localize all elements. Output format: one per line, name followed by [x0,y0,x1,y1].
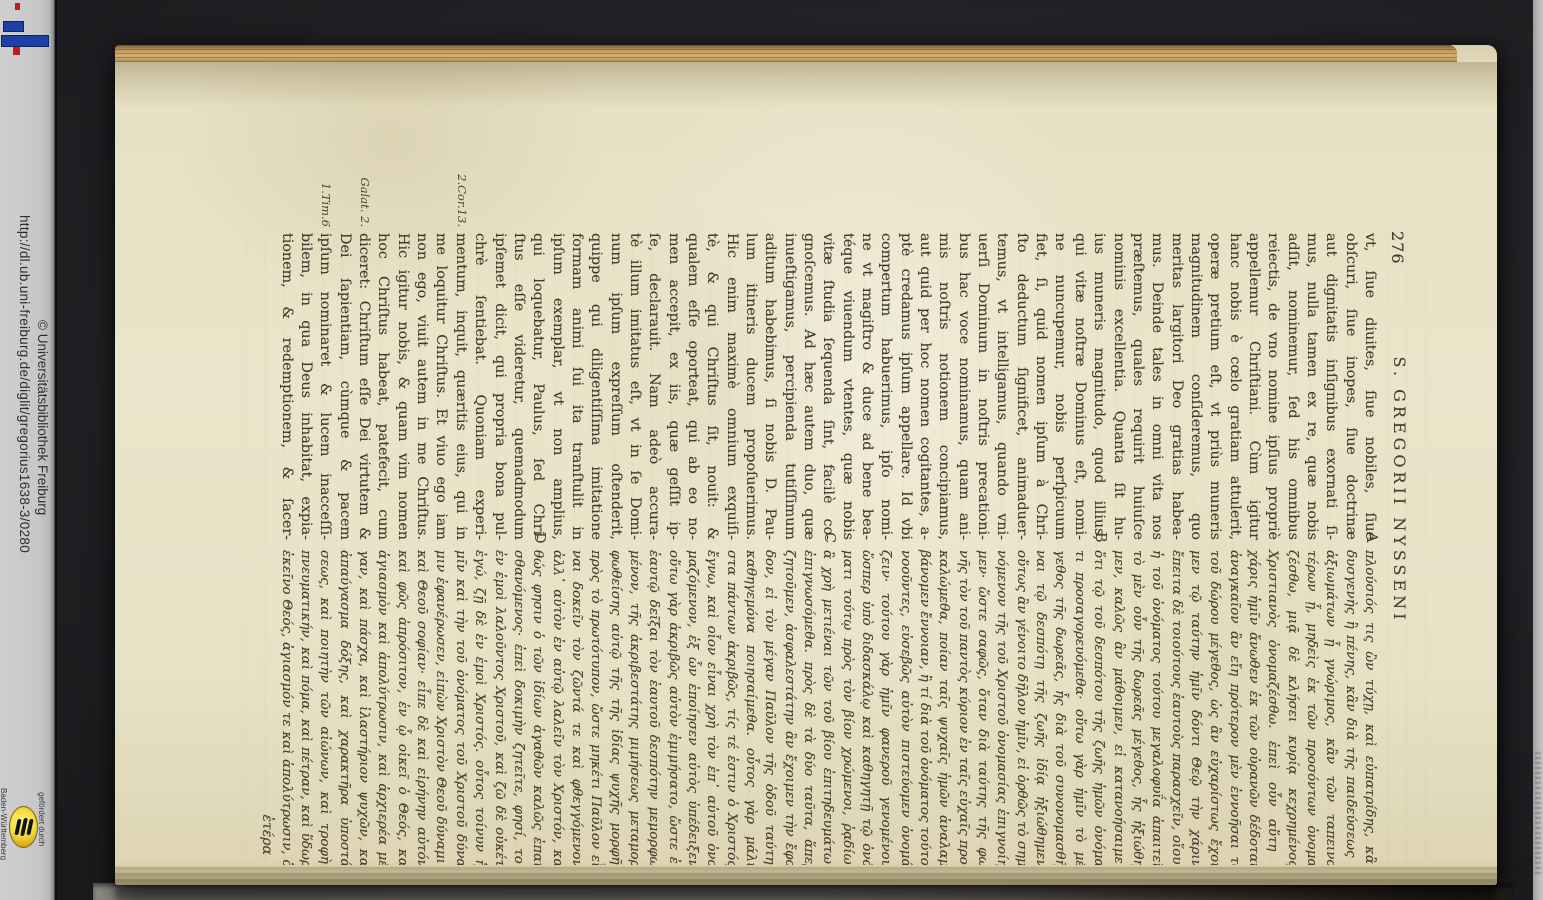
latin-text-line: mis noſtris notionem concipiamus, [934,233,953,540]
latin-text-line: qui loquebatur, Paulus, ſed Chri- [528,233,547,540]
greek-text-line: μῖν καὶ τὴν τοῦ ὀνόματος τοῦ Χριστοῦ δύν… [451,550,470,872]
scale-bar-red-tick-bottom [13,47,20,55]
greek-text-line: ζητοῦμεν, ἀσφαλεστάτην ἂν ἔχοιμεν τὴν ἔφ… [779,550,798,872]
latin-text-line: ne vt magiſtro & duce ad bene bea- [857,233,876,540]
latin-text-line: ſtus eſſe videretur, quemadmodum [509,233,528,540]
latin-column: vt, ſiue diuites, ſiue nobiles, ſiueobſc… [276,233,1379,540]
greek-text-line: πρὸς τὸ πρωτότυπον, ὥστε μηκέτι Παῦλον ε… [586,550,605,872]
latin-text-line: chrè ſentiebat. Quoniam experi- [470,233,489,540]
latin-text-line: ne nuncupemur, nobis perſpicuum [1050,233,1069,540]
greek-text-line: δυσγενὴς ἢ πένης, κἂν διὰ τῆς παιδεύσεως… [1340,550,1359,872]
latin-text-line: præſtemus, quales requirit huiuſce [1128,233,1147,540]
greek-text-line: μεν, καλῶς ἂν μάθοιμεν, εἰ κατανοήσαιμεν [1108,550,1127,872]
scanner-surface [93,883,1513,900]
latin-text-line: lum itineris ducem propoſuerimus. [741,233,760,540]
latin-text-line: tè illum imitatus eſt, vt in ſe Domi- [625,233,644,540]
latin-text-line: non ego, viuit autem in me Chriſtus. [412,233,431,540]
greek-text-line: χάρις ἡμῖν ἄνωθεν ἐκ τῶν οὐρανῶν δέδοται… [1244,550,1263,872]
latin-text-line: mus, nulla tamen ex re, quæ nobis [1302,233,1321,540]
latin-text-line: ipſemet dicit, qui propria bona pul- [489,233,508,540]
greek-text-line: ἁγιασμὸν καὶ ἀπολύτρωσιν, καὶ ἀρχιερέα μ… [373,550,392,872]
margin-note: 2.Cor.13. [455,153,469,227]
greek-text-line: γεθος τῆς δωρεᾶς, ἧς διὰ τοῦ συνονομασθῆ… [1050,550,1069,872]
greek-text-line: ἐπιγνωσόμεθα. πρὸς δὲ τὰ δύο ταῦτα, ἅπερ [799,550,818,872]
greek-text-line: ἀλλ᾽ αὐτὸν ἐν αὐτῷ λαλεῖν τὸν Χριστόν, κ… [547,550,566,872]
viewer-frame-strip: http://dl.ub.uni-freiburg.de/diglit/greg… [0,0,57,900]
latin-text-line: bus hac voce nominamus, quam ani- [953,233,972,540]
page-number: 276 [1388,231,1407,265]
latin-text-line: inueſtigamus, percipienda tutiſſimum [779,233,798,540]
latin-text-line: compertum habuerimus, ipſo nomi- [876,233,895,540]
greek-text-line: ὅτι τῷ τοῦ δεσπότου τῆς ζωῆς ἡμῶν ὀνόμα- [1089,550,1108,872]
greek-text-line: ναι τῷ δεσπότῃ τῆς ζωῆς ἰδίᾳ ἠξιώθημεν, [1031,550,1050,872]
latin-text-line: num ipſum expreſſum oſtenderit, [605,233,624,540]
greek-text-line: ματι τούτῳ πρὸς τὸν βίον χρώμενοι, ῥᾳδίω… [837,550,856,872]
latin-text-line: qui vitæ noſtræ Dominus eſt, nomi- [1070,233,1089,540]
greek-text-line: φωθείσης αὐτῷ τῆς τῆς ἰδίας ψυχῆς μορφῆς [605,550,624,872]
latin-text-line: mus. Deinde tales in omni vita nos [1147,233,1166,540]
scale-bar-short [3,21,24,32]
greek-text-line: πνευματικήν, καὶ πόμα, καὶ πέτραν, καὶ ὕ… [296,550,315,872]
latin-text-line: qualem eſſe oporteat, qui ab eo no- [683,233,702,540]
latin-text-line: tionem, & redemptionem, & ſacer- [276,233,295,540]
latin-text-line: appellemur Chriſtiani. Cùm igitur [1244,233,1263,540]
latin-text-line: nominis excellentia. Quanta ſit hu- [1108,233,1127,540]
latin-text-line: aditum habebimus, ſi nobis D. Pau- [760,233,779,540]
greek-text-line: τι προσαγορευόμεθα· οὕτω γὰρ ἡμῖν τὸ μέ- [1070,550,1089,872]
latin-text-line: tè, & qui Chriſtus ſit, nouit: & [702,233,721,540]
latin-text-line: mentum, inquit, quæritis eius, qui in [451,233,470,540]
latin-text-line: ipſum exemplar, vt non amplius, [547,233,566,540]
latin-text-line: men accepit, ex iis, quæ geſſit ip- [663,233,682,540]
latin-text-line: vitæ ſtudia ſequenda ſint, facilè co- [818,233,837,540]
running-header: S. GREGORII NYSSENI [1390,325,1409,655]
latin-text-line: hanc nobis è cœlo gratiam attulerit, [1224,233,1243,540]
baden-wuerttemberg-crest-icon [9,806,38,848]
latin-text-line: ptè credamus ipſum appellare. Id vbi [895,233,914,540]
greek-text-line: νοοῦντες, εὐσεβῶς αὐτὸν πιστεύομεν ὀνομά… [895,550,914,872]
greek-text-line: νόμενον τῆς τοῦ Χριστοῦ ὀνομασίας ἐπιγνο… [992,550,1011,872]
greek-text-line: ἐκεῖνο Θεός, ἁγιασμόν τε καὶ ἀπολύτρωσιν… [276,550,295,872]
greek-text-line: ἔγνω, καὶ οἷον εἶναι χρὴ τὸν ἐπ᾽ αὐτοῦ ὀ… [702,550,721,872]
latin-text-line: obſcuri, ſiue inopes, ſiue doctrinæ [1340,233,1359,540]
greek-text-line: μαζόμενον, ἐξ ὧν ἐποίησεν αὐτὸς ὑπέδειξε… [683,550,702,872]
latin-text-line: temus, vt intelligamus, quando vni- [992,233,1011,540]
margin-note: Galat. 2. [358,153,372,227]
greek-text-line: ἐγώ, ζῇ δὲ ἐν ἐμοὶ Χριστός. οὗτος τοίνυν… [470,550,489,872]
latin-text-line: adſit, nominemur, ſed his omnibus [1282,233,1301,540]
greek-text-line: ἐν ἐμοὶ λαλοῦντος Χριστοῦ, καὶ ζῶ δὲ οὐκ… [489,550,508,872]
greek-text-line: καὶ φῶς ἀπρόσιτον, ἐν ᾧ οἰκεῖ ὁ Θεός, κα… [392,550,411,872]
greek-text-line: ζέσθω, μιᾷ δὲ κλήσει κυρίᾳ κεχρημένος, [1282,550,1301,872]
section-letter-B: B [1092,532,1108,552]
greek-text-line: ἀπαύγασμα δόξης, καὶ χαρακτῆρα ὑποστά- [334,550,353,872]
copyright-label: © Universitätsbibliothek Freiburg [35,320,50,515]
latin-text-line: fiet, ſi, quid nomen ipſum à Chri- [1031,233,1050,540]
section-letter-A: A [1363,532,1379,552]
latin-text-line: formam animi ſui ita tranſtulit in [567,233,586,540]
greek-text-line: γαν, καὶ πάσχα, καὶ ἱλαστήριον ψυχῶν, κα… [354,550,373,872]
book-page-scan[interactable]: 276 S. GREGORII NYSSENI vt, ſiue diuites… [115,45,1497,885]
greek-text-line: ἑαυτῷ δεῖξαι τὸν ἑαυτοῦ δεσπότην μεμορφω… [644,550,663,872]
latin-text-line: gnoſcemus. Ad hæc autem duo, quæ [799,233,818,540]
greek-text-line: τοῦ δώρου μέγεθος, ὡς ἂν εὐχαρίστως ἔχοι… [1205,550,1224,872]
scale-bar-long [1,35,49,47]
greek-text-line: ἀξιωμάτων ᾖ γνώριμος, κἂν τῶν ταπεινο- [1321,550,1340,872]
latin-text-line: Hic enim maximè omnium exquiſi- [721,233,740,540]
latin-text-line: quippe qui diligentiſſima imitatione [586,233,605,540]
greek-text-line: σεως, καὶ ποιητὴν τῶν αἰώνων, καὶ τροφὴν [315,550,334,872]
greek-text-line: καλώμεθα, ποίαν ταῖς ψυχαῖς ἡμῶν ἀναλαμ- [934,550,953,872]
persistent-url-label: http://dl.ub.uni-freiburg.de/diglit/greg… [17,215,32,553]
greek-text-line: βάνομεν ἔννοιαν, ἢ τί διὰ τοῦ ὀνόματος τ… [915,550,934,872]
greek-text-line: δον, εἰ τὸν μέγαν Παῦλον τῆς ὁδοῦ ταύτης [760,550,779,872]
greek-text-line: τὸ μὲν οὖν τῆς δωρεᾶς μέγεθος, ἧς ἠξιώθη… [1128,550,1147,872]
latin-text-line: diceret: Chriſtum eſſe Dei virtutem & [354,233,373,540]
viewer-frame-strip-right [1533,0,1543,900]
latin-text-line: Dei ſapientiam, cùmque & pacem [334,233,353,540]
latin-text-line: ipſum nominaret & lucem inacceſſi- [315,233,334,540]
funding-region-label: Baden-Württemberg [0,788,8,860]
latin-text-line: operæ pretium eſt, vt priùs muneris [1205,233,1224,540]
greek-text-line: ναι δοκεῖν τὸν ζῶντά τε καὶ φθεγγόμενον, [567,550,586,872]
latin-text-line: hoc Chriſtus habeat, patefecit, cum [373,233,392,540]
frame-smudge [1535,752,1541,874]
latin-text-line: me loquitur Chriſtus. Et viuo ego iam [431,233,450,540]
section-letter-C: C [821,532,837,552]
greek-text-line: θώς φησιν ὁ τῶν ἰδίων ἀγαθῶν καλῶς ἐπαι- [528,550,547,872]
latin-text-line: aut quid per hoc nomen cogitantes, a- [915,233,934,540]
greek-column: πλούσιός τις ὢν τύχῃ, καὶ εὐπατρίδης, κἂ… [276,550,1379,872]
greek-text-line: τέρων ᾖ, μηδεὶς ἐκ τῶν προσόντων ὀνομα- [1302,550,1321,872]
latin-text-line: aut dignitatis inſignibus exornati ſi- [1321,233,1340,540]
greek-text-line: καὶ Θεοῦ σοφίαν· εἶπε δὲ καὶ εἰρήνην αὐτ… [412,550,431,872]
greek-text-line: νῆς τὸν τοῦ παντὸς κύριον ἐν ταῖς εὐχαῖς… [953,550,972,872]
section-letter-D: D [531,532,547,552]
greek-text-line: στα πάντων ἀκριβῶς, τίς τέ ἐστιν ὁ Χριστ… [721,550,740,872]
latin-text-line: téque viuendum vtentes, quæ nobis [837,233,856,540]
greek-text-line: μιν ἐφανέρωσεν, εἰπὼν Χριστὸν Θεοῦ δύναμ… [431,550,450,872]
greek-text-line: ἀναγκαῖον ἂν εἴη πρότερον μὲν ἐννοῆσαι τ… [1224,550,1243,872]
greek-text-line: ζειν· τούτου γὰρ ἡμῖν φανεροῦ γενομένου, [876,550,895,872]
latin-text-line: vt, ſiue diuites, ſiue nobiles, ſiue [1360,233,1379,540]
greek-text-line: οὕτως ἂν γένοιτο δῆλον ἡμῖν, εἰ ὀρθῶς τὸ… [1011,550,1030,872]
greek-text-line: πλούσιός τις ὢν τύχῃ, καὶ εὐπατρίδης, κἂ… [1360,550,1379,872]
greek-text-line: καθηγεμόνα ποιησαίμεθα. οὗτος γὰρ μάλι- [741,550,760,872]
funding-caption: gefördert durch [37,792,46,846]
margin-note: 1.Tim.6 [319,153,333,227]
greek-text-line: σθανόμενος· ἐπεὶ δοκιμὴν ζητεῖτε, φησί, … [509,550,528,872]
binding-shadow [115,62,1497,108]
latin-text-line: ius muneris magnitudo, quod illius, [1089,233,1108,540]
latin-text-line: ſto deductum ſignificet, animaduer- [1011,233,1030,540]
latin-text-line: Hic igitur nobis, & quam vim nomen [392,233,411,540]
latin-text-line: reiectis, de vno nomine ipſius propriè [1263,233,1282,540]
greek-text-line: μένον, τῆς ἀκριβεστάτης μιμήσεως μεταμορ… [625,550,644,872]
latin-text-line: uerſi Dominum in noſtris precationi- [973,233,992,540]
greek-text-line: ἡ τοῦ ὀνόματος τούτου μεγαλοφυΐα ἀπαιτεῖ… [1147,550,1166,872]
scale-bar-red-tick-top [15,3,20,10]
greek-text-line: οὕτω γὰρ ἀκριβῶς αὐτὸν ἐμιμήσατο, ὥστε ἐ… [663,550,682,872]
greek-text-line: ἃ χρὴ μετιέναι τῶν τοῦ βίου ἐπιτηδευμάτω… [818,550,837,872]
latin-text-line: ſe, declarauit. Nam adeò accura- [644,233,663,540]
greek-text-line: Χριστιανὸς ὀνομαζέσθω. ἐπεὶ οὖν αὕτη ἡ [1263,550,1282,872]
greek-text-line: ἔπειτα δὲ τοιούτους ἑαυτοὺς παρασχεῖν, ο… [1166,550,1185,872]
latin-text-line: meritas largitori Deo gratias habea- [1166,233,1185,540]
catchword: ἑτέρα [259,735,275,855]
greek-text-line: μεν· ὥστε σαφῶς, ὅταν διὰ ταύτης τῆς φω- [973,550,992,872]
greek-text-line: ὥσπερ ὑπὸ διδασκάλῳ καὶ καθηγητῇ τῷ ὀνό- [857,550,876,872]
greek-text-line: μεν τῷ ταύτην ἡμῖν δόντι Θεῷ τὴν χάριν· [1186,550,1205,872]
latin-text-line: bilem, in qua Deus inhabitat, expia- [296,233,315,540]
latin-text-line: magnitudinem conſideremus, quo [1186,233,1205,540]
